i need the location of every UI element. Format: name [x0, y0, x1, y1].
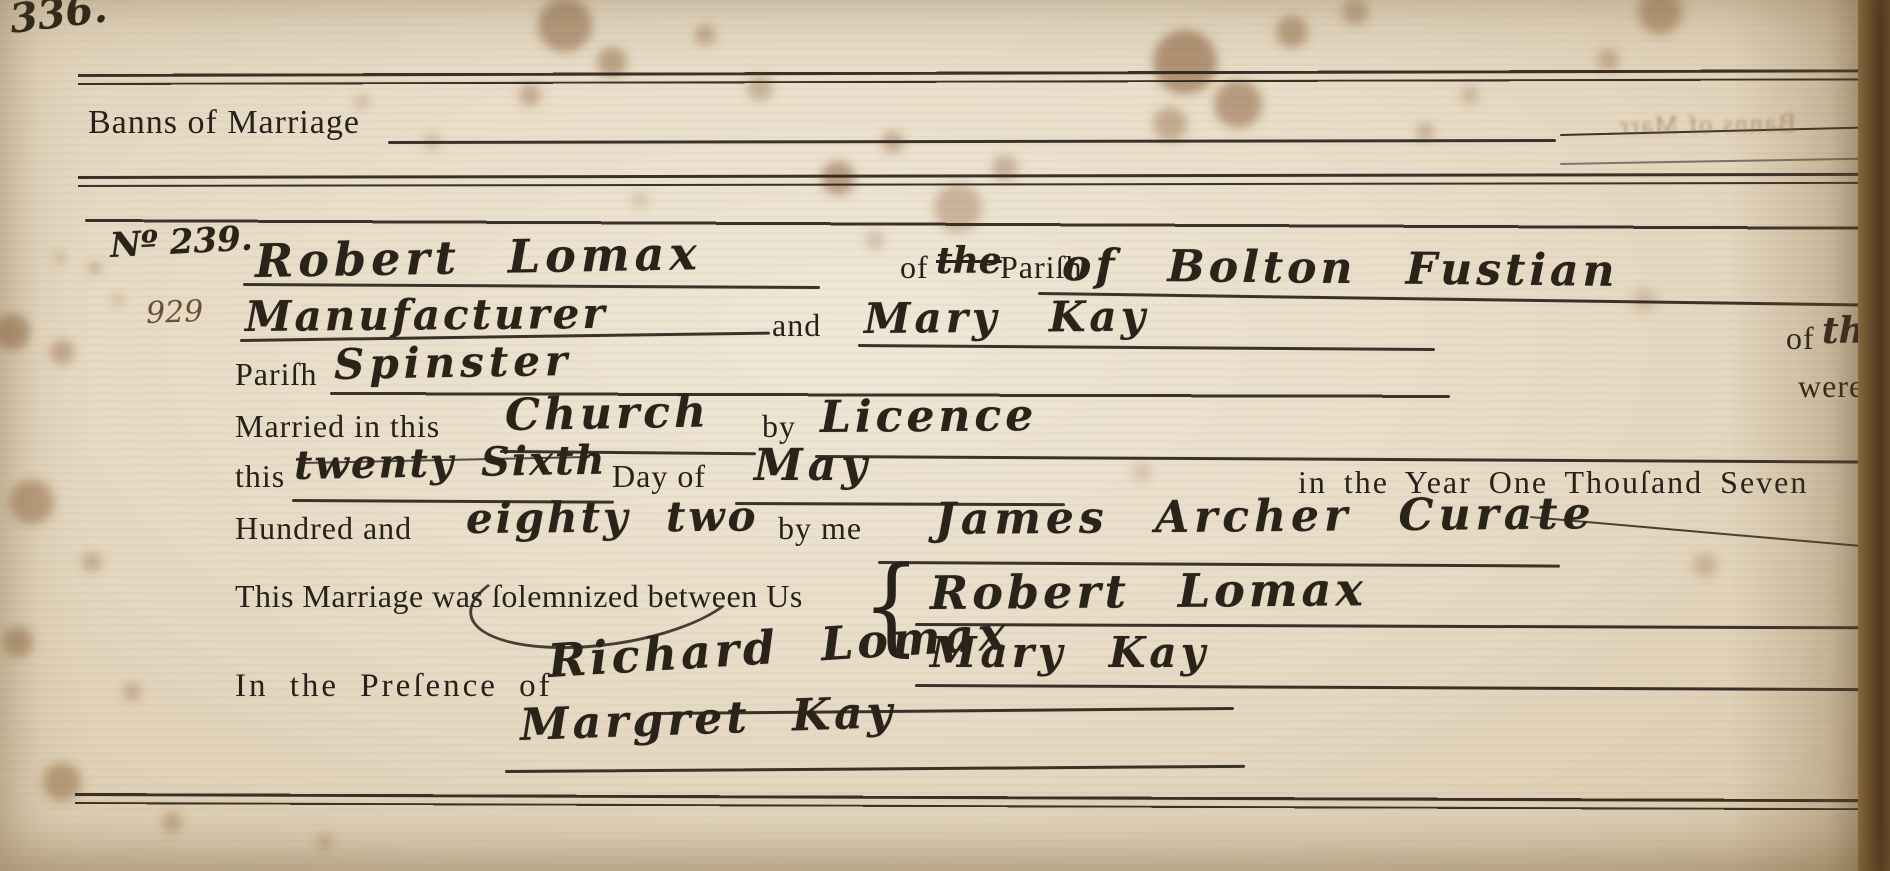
printed-by-me: by me: [778, 510, 862, 547]
bride-name-underline: [858, 344, 1435, 351]
register-page: 336. Banns of Marriage Banns of Marr Nº …: [0, 0, 1890, 871]
printed-were: were: [1798, 368, 1864, 405]
bride-signature-underline: [915, 684, 1865, 691]
groom-name: Robert Lomax: [255, 226, 703, 288]
printed-of-2: of: [1786, 320, 1815, 357]
header-double-rule: [78, 173, 1868, 187]
printed-hundred-and: Hundred and: [235, 510, 412, 547]
groom-place: of Bolton Fustian: [1062, 240, 1619, 297]
top-double-rule: [78, 69, 1868, 85]
marriage-month: May: [754, 440, 872, 491]
folio-number: 336.: [7, 0, 109, 43]
bride-condition: Spinster: [334, 336, 573, 389]
printed-of-1: of: [900, 249, 929, 286]
method-underline: [815, 455, 1865, 463]
printed-this: this: [235, 458, 285, 495]
entry-number: Nº 239.: [109, 219, 254, 266]
witness2-signature: Margret Kay: [519, 687, 897, 751]
groom-name-underline: [243, 283, 820, 289]
bottom-double-rule: [75, 793, 1868, 810]
book-edge: [1858, 0, 1890, 871]
entry-top-rule: [85, 219, 1865, 230]
marriage-year-words: eighty two: [466, 491, 759, 543]
printed-day-of: Day of: [612, 458, 706, 495]
script-the: the: [936, 240, 1002, 282]
banns-title: Banns of Marriage: [88, 104, 360, 142]
printed-and: and: [772, 307, 821, 344]
margin-ref-number: 929: [145, 294, 203, 331]
solemnized-label: This Marriage was ſolemnized between Us: [235, 578, 803, 615]
marriage-method: Licence: [820, 390, 1038, 443]
witness2-underline: [505, 765, 1245, 773]
banns-underline: [388, 139, 1556, 144]
groom-occupation: Manufacturer: [245, 289, 608, 341]
presence-label: In the Preſence of: [235, 668, 553, 705]
margin-rule-right: [1560, 158, 1860, 165]
officiant-signature: James Archer Curate: [935, 488, 1596, 545]
show-through-text: Banns of Marr: [1618, 108, 1796, 141]
bride-name: Mary Kay: [864, 292, 1149, 343]
marriage-place: Church: [505, 386, 711, 441]
printed-parish-2: Pariſh: [235, 356, 317, 393]
